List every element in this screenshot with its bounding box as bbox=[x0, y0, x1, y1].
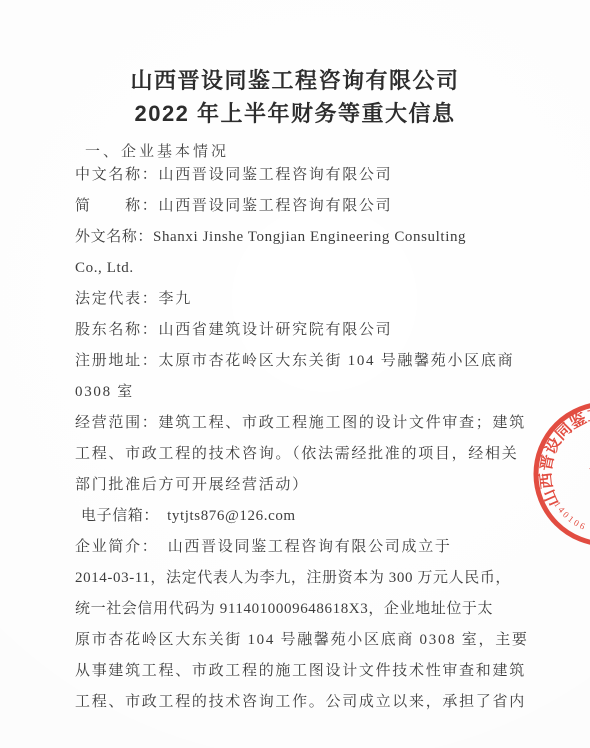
document-page: 山西晋设同鉴工程咨询有限公司 2022 年上半年财务等重大信息 一、企业基本情况… bbox=[0, 0, 590, 748]
doc-title-line-1: 山西晋设同鉴工程咨询有限公司 bbox=[0, 64, 590, 97]
doc-line: Co., Ltd. bbox=[75, 253, 527, 284]
doc-line: 法定代表：李九 bbox=[75, 284, 527, 315]
doc-line: 统一社会信用代码为 9114010009648618X3，企业地址位于太 bbox=[75, 594, 527, 625]
doc-line: 2014-03-11，法定代表人为李九，注册资本为 300 万元人民币， bbox=[75, 563, 527, 594]
document-body: 中文名称：山西晋设同鉴工程咨询有限公司 简 称：山西晋设同鉴工程咨询有限公司 外… bbox=[75, 160, 527, 718]
doc-line: 经营范围：建筑工程、市政工程施工图的设计文件审查；建筑 bbox=[75, 408, 527, 439]
doc-line: 工程、市政工程的技术咨询。（依法需经批准的项目，经相关 bbox=[75, 439, 527, 470]
doc-line: 简 称：山西晋设同鉴工程咨询有限公司 bbox=[75, 191, 527, 222]
company-seal: 山西晋设同鉴工程咨询有限公司 140106 bbox=[516, 384, 590, 564]
doc-line: 工程、市政工程的技术咨询工作。公司成立以来，承担了省内 bbox=[75, 687, 527, 718]
doc-line: 股东名称：山西省建筑设计研究院有限公司 bbox=[75, 315, 527, 346]
doc-line: 中文名称：山西晋设同鉴工程咨询有限公司 bbox=[75, 160, 527, 191]
section-heading: 一、企业基本情况 bbox=[85, 140, 590, 161]
company-seal-graphic: 山西晋设同鉴工程咨询有限公司 140106 bbox=[516, 384, 590, 564]
doc-line: 原市杏花岭区大东关街 104 号融馨苑小区底商 0308 室，主要 bbox=[75, 625, 527, 656]
doc-line: 0308 室 bbox=[75, 377, 527, 408]
doc-line-email: 电子信箱： tytjts876@126.com bbox=[75, 501, 527, 532]
doc-line: 外文名称：Shanxi Jinshe Tongjian Engineering … bbox=[75, 222, 527, 253]
doc-line: 企业简介： 山西晋设同鉴工程咨询有限公司成立于 bbox=[75, 532, 527, 563]
document-header: 山西晋设同鉴工程咨询有限公司 2022 年上半年财务等重大信息 bbox=[0, 0, 590, 130]
doc-line: 从事建筑工程、市政工程的施工图设计文件技术性审查和建筑 bbox=[75, 656, 527, 687]
doc-title-line-2: 2022 年上半年财务等重大信息 bbox=[0, 97, 590, 130]
doc-line: 部门批准后方可开展经营活动） bbox=[75, 470, 527, 501]
doc-line: 注册地址：太原市杏花岭区大东关街 104 号融馨苑小区底商 bbox=[75, 346, 527, 377]
